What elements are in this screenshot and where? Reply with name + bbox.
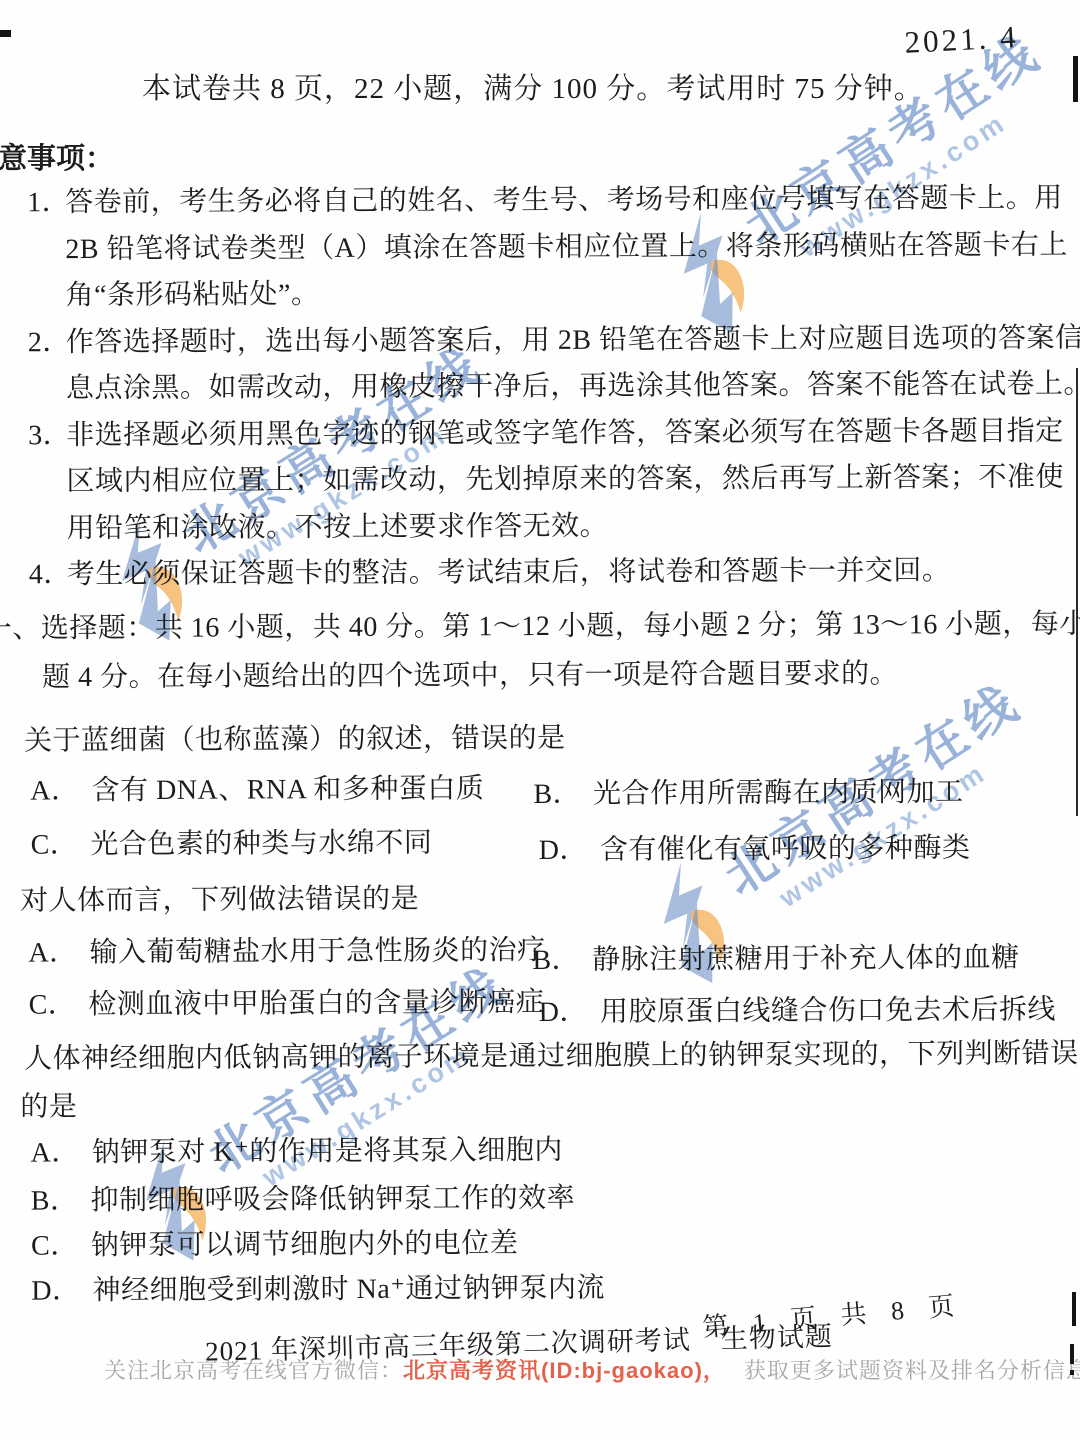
- option-text: 含有 DNA、RNA 和多种蛋白质: [92, 773, 485, 806]
- answer-option: D．含有催化有氧呼吸的多种酶类: [539, 826, 971, 868]
- answer-option: C．光合色素的种类与水绵不同: [31, 821, 433, 863]
- promo-prefix: 关注北京高考在线官方微信：: [104, 1358, 403, 1383]
- scan-edge-fragment: （: [1062, 748, 1080, 790]
- answer-option: B．静脉注射蔗糖用于补充人体的血糖: [532, 935, 1019, 978]
- question-stem: 关于蓝细菌（也称蓝藻）的叙述，错误的是: [24, 716, 566, 759]
- scan-edge-mark: [1070, 1344, 1074, 1364]
- promo-highlight: 北京高考资讯(ID:bj-gaokao)，: [403, 1358, 726, 1383]
- answer-option: B．光合作用所需酶在内质网加工: [533, 770, 963, 812]
- answer-option: D．用胶原蛋白线缝合伤口免去术后拆线: [539, 987, 1056, 1030]
- option-text: 钠钾泵可以调节细胞内外的电位差: [91, 1228, 519, 1261]
- option-label: C．: [31, 829, 79, 860]
- question: 对人体而言，下列做法错误的是A．输入葡萄糖盐水用于急性肠炎的治疗B．静脉注射蔗糖…: [0, 873, 1080, 879]
- option-label: B．: [532, 945, 580, 976]
- option-text: 抑制细胞呼吸会降低钠钾泵工作的效率: [90, 1183, 575, 1217]
- question-stem: 对人体而言，下列做法错误的是: [20, 877, 419, 919]
- option-text: 用胶原蛋白线缝合伤口免去术后拆线: [600, 994, 1056, 1027]
- option-text: 输入葡萄糖盐水用于急性肠炎的治疗: [90, 935, 546, 968]
- question: 关于蓝细菌（也称蓝藻）的叙述，错误的是A．含有 DNA、RNA 和多种蛋白质B．…: [0, 713, 1080, 719]
- option-text: 静脉注射蔗糖用于补充人体的血糖: [592, 942, 1020, 975]
- question: 人体神经细胞内低钠高钾的离子环境是通过细胞膜上的钠钾泵实现的，下列判断错误的是A…: [0, 1031, 1080, 1037]
- option-label: D．: [539, 997, 588, 1028]
- promo-line: 关注北京高考在线官方微信：北京高考资讯(ID:bj-gaokao)，获取更多试题…: [104, 1354, 1080, 1385]
- option-label: A．: [31, 1137, 80, 1168]
- scan-edge-mark: [1073, 56, 1078, 102]
- question-stem: 的是: [20, 1084, 77, 1124]
- promo-suffix: 获取更多试题资料及排名分析信息。: [744, 1358, 1080, 1383]
- answer-option: D．神经细胞受到刺激时 Na⁺通过钠钾泵内流: [31, 1266, 605, 1309]
- option-label: A．: [30, 775, 79, 806]
- option-text: 钠钾泵对 K⁺的作用是将其泵入细胞内: [92, 1135, 563, 1168]
- question-area: 关于蓝细菌（也称蓝藻）的叙述，错误的是A．含有 DNA、RNA 和多种蛋白质B．…: [0, 0, 1080, 1440]
- scan-edge-mark: [1070, 1370, 1074, 1375]
- option-text: 神经细胞受到刺激时 Na⁺通过钠钾泵内流: [92, 1273, 605, 1307]
- option-label: C．: [31, 1230, 79, 1261]
- option-label: C．: [29, 989, 77, 1020]
- option-label: A．: [28, 937, 77, 968]
- option-label: D．: [539, 835, 588, 866]
- option-text: 光合作用所需酶在内质网加工: [593, 777, 964, 810]
- answer-option: C．钠钾泵可以调节细胞内外的电位差: [31, 1221, 518, 1264]
- answer-option: A．含有 DNA、RNA 和多种蛋白质: [30, 766, 484, 808]
- option-text: 检测血液中甲胎蛋白的含量诊断癌症: [88, 987, 544, 1020]
- answer-option: A．输入葡萄糖盐水用于急性肠炎的治疗: [28, 928, 545, 971]
- option-label: B．: [533, 779, 581, 810]
- scan-edge-mark: [0, 30, 11, 37]
- exam-page: 北京高考在线www.gkzx.com北京高考在线www.gkzx.com北京高考…: [0, 0, 1080, 1440]
- scan-edge-mark: [1072, 1292, 1076, 1326]
- answer-option: A．钠钾泵对 K⁺的作用是将其泵入细胞内: [30, 1128, 562, 1171]
- option-label: B．: [31, 1185, 79, 1216]
- option-label: D．: [31, 1275, 80, 1306]
- option-text: 含有催化有氧呼吸的多种酶类: [600, 833, 971, 866]
- question-stem: 人体神经细胞内低钠高钾的离子环境是通过细胞膜上的钠钾泵实现的，下列判断错误: [24, 1031, 1079, 1077]
- option-text: 光合色素的种类与水绵不同: [90, 828, 432, 861]
- answer-option: C．检测血液中甲胎蛋白的含量诊断癌症: [29, 980, 545, 1023]
- answer-option: B．抑制细胞呼吸会降低钠钾泵工作的效率: [31, 1176, 575, 1219]
